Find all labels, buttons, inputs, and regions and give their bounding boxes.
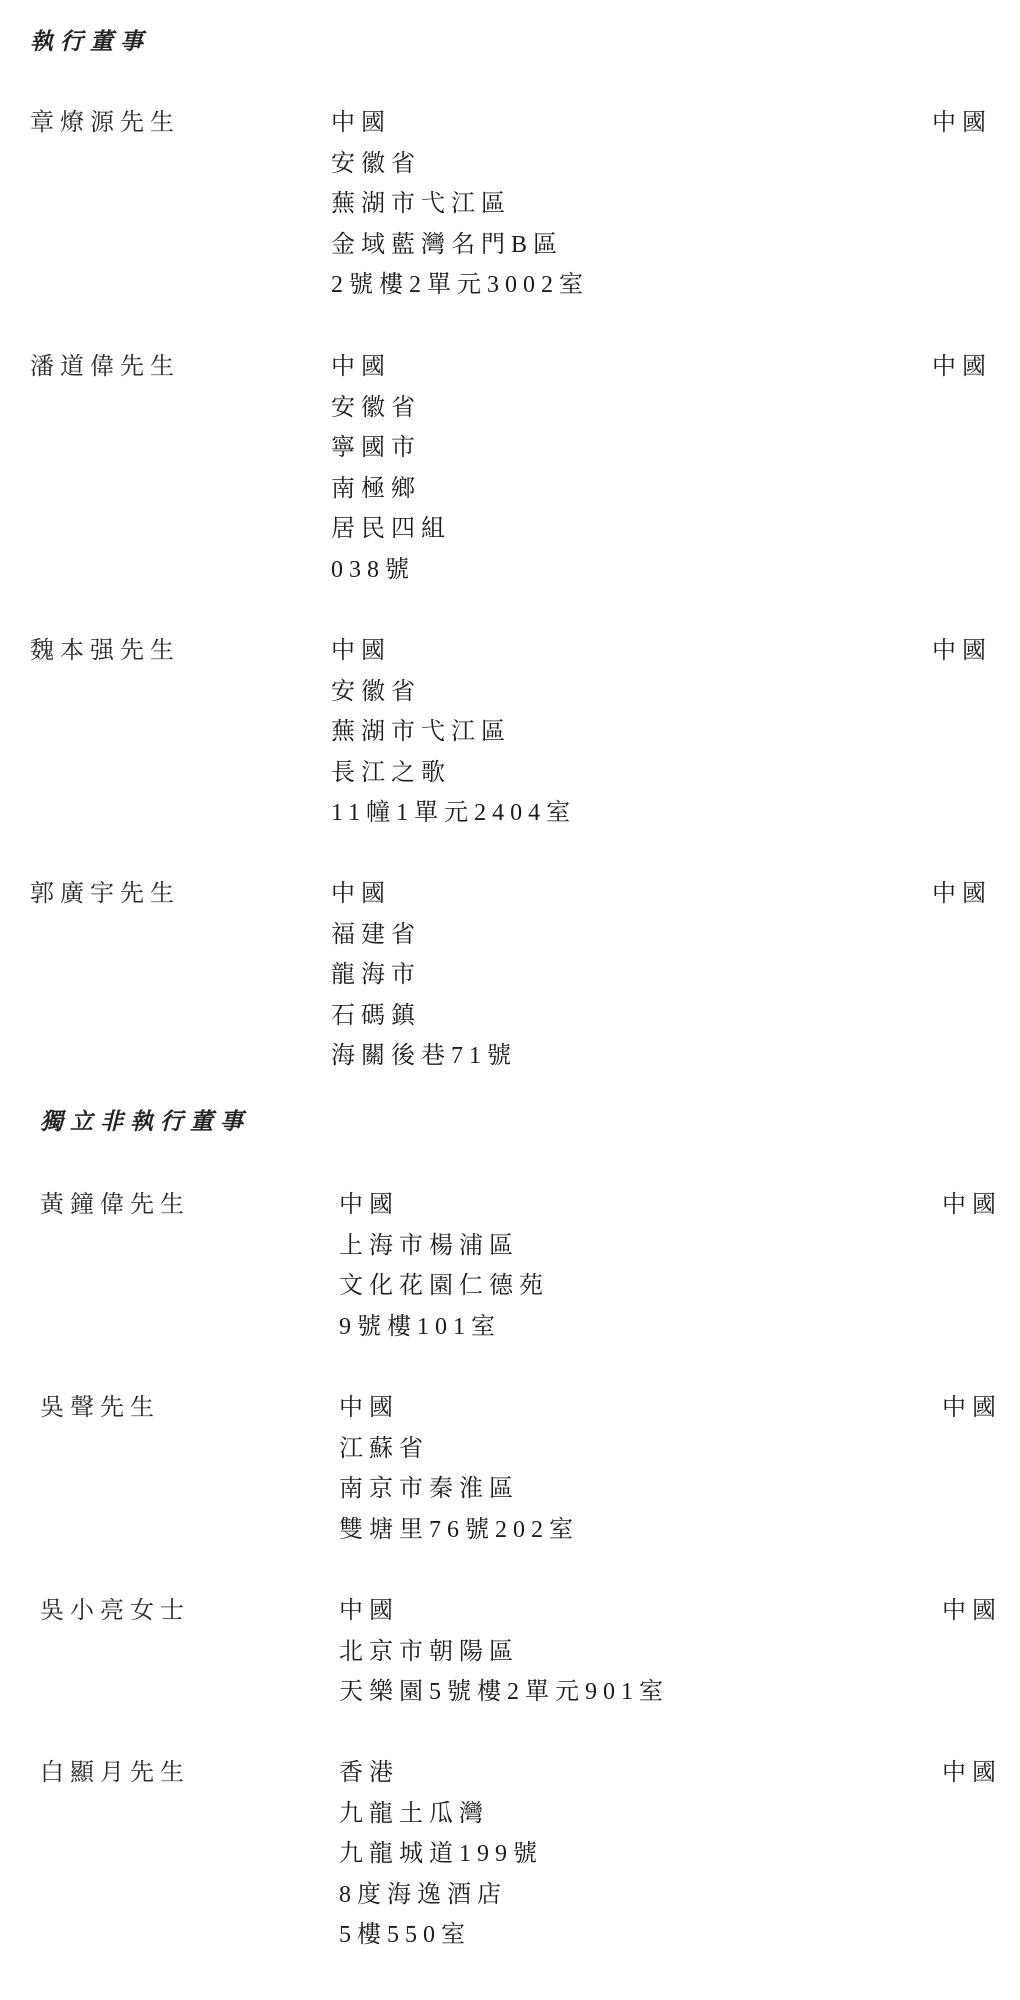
- address-line: 安徽省: [331, 672, 576, 713]
- address-line: 文化花園仁德苑: [339, 1266, 549, 1307]
- name-text: 潘道偉先生: [30, 347, 180, 388]
- address-line: 11幢1單元2404室: [331, 793, 576, 834]
- director-nationality: 中國: [932, 874, 992, 915]
- director-nationality: 中國: [932, 631, 992, 672]
- nationality-text: 中國: [932, 347, 992, 388]
- address-line: 石碼鎮: [331, 996, 517, 1037]
- address-line: 9號樓101室: [339, 1307, 549, 1348]
- director-address: 中國 北京市朝陽區 天樂園5號樓2單元901室: [339, 1591, 669, 1713]
- address-line: 江蘇省: [339, 1429, 579, 1470]
- director-name: 章燎源先生: [30, 103, 180, 144]
- address-line: 九龍城道199號: [339, 1834, 543, 1875]
- address-line: 北京市朝陽區: [339, 1632, 669, 1673]
- address-line: 天樂園5號樓2單元901室: [339, 1672, 669, 1713]
- director-nationality: 中國: [932, 103, 992, 144]
- address-line: 中國: [331, 874, 517, 915]
- director-nationality: 中國: [942, 1753, 1002, 1794]
- director-nationality: 中國: [942, 1388, 1002, 1429]
- director-name: 吳小亮女士: [40, 1591, 190, 1632]
- director-nationality: 中國: [932, 347, 992, 388]
- director-name: 潘道偉先生: [30, 347, 180, 388]
- nationality-text: 中國: [942, 1753, 1002, 1794]
- director-address: 中國 江蘇省 南京市秦淮區 雙塘里76號202室: [339, 1388, 579, 1550]
- address-line: 中國: [331, 631, 576, 672]
- director-name: 白顯月先生: [40, 1753, 190, 1794]
- name-text: 郭廣宇先生: [30, 874, 180, 915]
- address-line: 上海市楊浦區: [339, 1226, 549, 1267]
- nationality-text: 中國: [932, 874, 992, 915]
- address-line: 寧國市: [331, 428, 451, 469]
- address-line: 南極鄉: [331, 469, 451, 510]
- address-line: 安徽省: [331, 388, 451, 429]
- director-name: 黃鐘偉先生: [40, 1185, 190, 1226]
- director-nationality: 中國: [942, 1591, 1002, 1632]
- name-text: 黃鐘偉先生: [40, 1185, 190, 1226]
- address-line: 蕪湖市弋江區: [331, 184, 589, 225]
- director-address: 中國 安徽省 蕪湖市弋江區 金域藍灣名門B區 2號樓2單元3002室: [331, 103, 589, 306]
- section-heading: 獨立非執行董事: [40, 1102, 250, 1142]
- address-line: 海關後巷71號: [331, 1036, 517, 1077]
- nationality-text: 中國: [942, 1388, 1002, 1429]
- nationality-text: 中國: [942, 1185, 1002, 1226]
- director-address: 中國 上海市楊浦區 文化花園仁德苑 9號樓101室: [339, 1185, 549, 1347]
- address-line: 中國: [339, 1388, 579, 1429]
- director-name: 郭廣宇先生: [30, 874, 180, 915]
- address-line: 龍海市: [331, 955, 517, 996]
- address-line: 香港: [339, 1753, 543, 1794]
- nationality-text: 中國: [942, 1591, 1002, 1632]
- name-text: 吳聲先生: [40, 1388, 160, 1429]
- nationality-text: 中國: [932, 103, 992, 144]
- address-line: 九龍土瓜灣: [339, 1794, 543, 1835]
- director-name: 魏本强先生: [30, 631, 180, 672]
- director-address: 香港 九龍土瓜灣 九龍城道199號 8度海逸酒店 5樓550室: [339, 1753, 543, 1956]
- address-line: 中國: [339, 1591, 669, 1632]
- name-text: 吳小亮女士: [40, 1591, 190, 1632]
- director-address: 中國 安徽省 寧國市 南極鄉 居民四組 038號: [331, 347, 451, 591]
- address-line: 038號: [331, 550, 451, 591]
- address-line: 福建省: [331, 915, 517, 956]
- nationality-text: 中國: [932, 631, 992, 672]
- address-line: 中國: [331, 347, 451, 388]
- address-line: 8度海逸酒店: [339, 1875, 543, 1916]
- director-name: 吳聲先生: [40, 1388, 160, 1429]
- address-line: 居民四組: [331, 509, 451, 550]
- name-text: 白顯月先生: [40, 1753, 190, 1794]
- address-line: 長江之歌: [331, 753, 576, 794]
- director-address: 中國 福建省 龍海市 石碼鎮 海關後巷71號: [331, 874, 517, 1077]
- address-line: 金域藍灣名門B區: [331, 225, 589, 266]
- address-line: 2號樓2單元3002室: [331, 265, 589, 306]
- address-line: 蕪湖市弋江區: [331, 712, 576, 753]
- address-line: 5樓550室: [339, 1915, 543, 1956]
- address-line: 南京市秦淮區: [339, 1469, 579, 1510]
- director-address: 中國 安徽省 蕪湖市弋江區 長江之歌 11幢1單元2404室: [331, 631, 576, 834]
- director-nationality: 中國: [942, 1185, 1002, 1226]
- address-line: 中國: [339, 1185, 549, 1226]
- section-heading: 執行董事: [30, 22, 150, 62]
- name-text: 魏本强先生: [30, 631, 180, 672]
- name-text: 章燎源先生: [30, 103, 180, 144]
- address-line: 中國: [331, 103, 589, 144]
- address-line: 雙塘里76號202室: [339, 1510, 579, 1551]
- address-line: 安徽省: [331, 144, 589, 185]
